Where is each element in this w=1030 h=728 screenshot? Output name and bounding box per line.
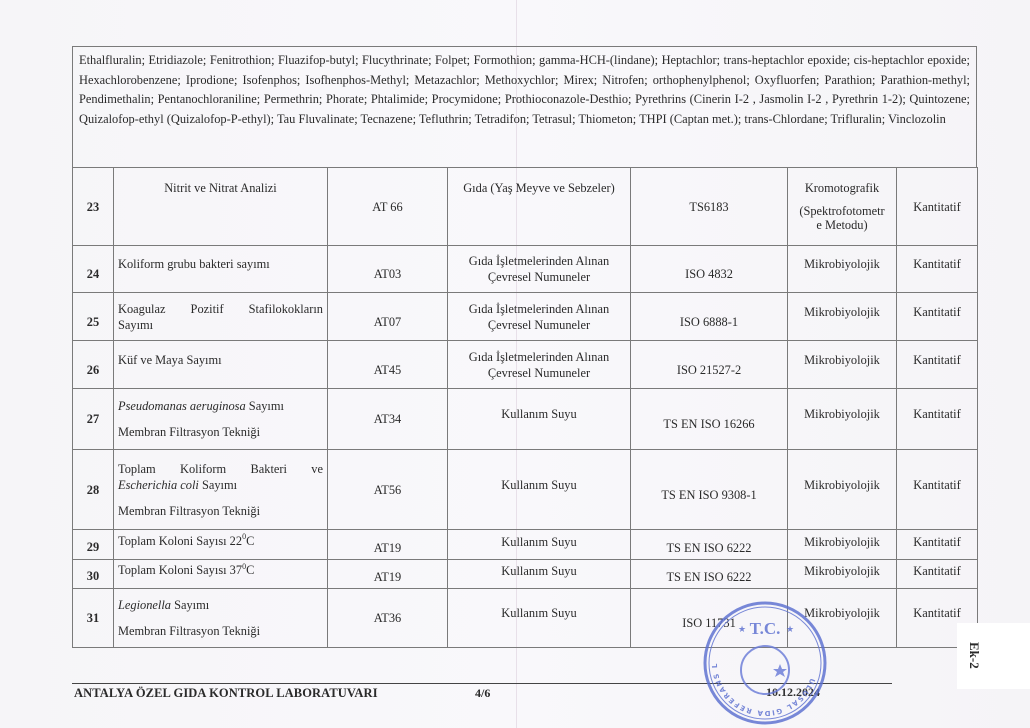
- standard-method: TS EN ISO 6222: [631, 560, 788, 589]
- annex-label: Ek-2: [966, 642, 982, 669]
- test-name-line: Legionella Sayımı: [118, 597, 323, 613]
- organism-name: Pseudomanas aeruginosa: [118, 399, 246, 413]
- analysis-scope-table: 23 Nitrit ve Nitrat Analizi AT 66 Gıda (…: [72, 167, 978, 648]
- row-number: 27: [73, 389, 114, 450]
- method-code: AT36: [328, 589, 448, 648]
- table-row-25: 25 Koagulaz Pozitif Stafilokokların Sayı…: [73, 293, 978, 341]
- method-code: AT45: [328, 341, 448, 389]
- svg-text:T.C.: T.C.: [750, 619, 781, 638]
- table-row-27: 27 Pseudomanas aeruginosa Sayımı Membran…: [73, 389, 978, 450]
- svg-text:★: ★: [738, 624, 746, 634]
- row-number: 30: [73, 560, 114, 589]
- organism-name: Legionella: [118, 598, 171, 612]
- sample-matrix: Gıda İşletmelerinden Alınan Çevresel Num…: [448, 293, 631, 341]
- row-number: 25: [73, 293, 114, 341]
- standard-method: ISO 21527-2: [631, 341, 788, 389]
- standard-method: TS EN ISO 6222: [631, 530, 788, 560]
- test-name-line: Toplam Koliform Bakteri ve: [118, 461, 323, 477]
- continued-parameters-cell: Ethalfluralin; Etridiazole; Fenitrothion…: [72, 46, 977, 167]
- method-code: AT 66: [328, 168, 448, 246]
- test-name: Toplam Koloni Sayısı 220C: [114, 530, 328, 560]
- technique: Kromotografik (Spektrofotometr e Metodu): [788, 168, 897, 246]
- table-row-28: 28 Toplam Koliform Bakteri ve Escherichi…: [73, 450, 978, 530]
- row-number: 23: [73, 168, 114, 246]
- test-technique-line: Membran Filtrasyon Tekniği: [118, 424, 323, 440]
- footer-page-number: 4/6: [475, 686, 490, 701]
- table-row-31: 31 Legionella Sayımı Membran Filtrasyon …: [73, 589, 978, 648]
- document-page: Ethalfluralin; Etridiazole; Fenitrothion…: [0, 0, 1030, 728]
- analysis-type: Kantitatif: [897, 246, 978, 293]
- test-name: Küf ve Maya Sayımı: [114, 341, 328, 389]
- standard-method: TS6183: [631, 168, 788, 246]
- test-technique-line: Membran Filtrasyon Tekniği: [118, 503, 323, 519]
- method-code: AT56: [328, 450, 448, 530]
- test-name: Koliform grubu bakteri sayımı: [114, 246, 328, 293]
- method-code: AT07: [328, 293, 448, 341]
- row-number: 31: [73, 589, 114, 648]
- test-name-line: Escherichia coli Sayımı: [118, 477, 323, 493]
- table-row-23: 23 Nitrit ve Nitrat Analizi AT 66 Gıda (…: [73, 168, 978, 246]
- analysis-type: Kantitatif: [897, 168, 978, 246]
- sample-matrix: Kullanım Suyu: [448, 589, 631, 648]
- official-seal-stamp-icon: T.C. ★ ★ ULUSAL GIDA REFERANS LAB.: [700, 598, 830, 728]
- standard-method: TS EN ISO 16266: [631, 389, 788, 450]
- table-row-29: 29 Toplam Koloni Sayısı 220C AT19 Kullan…: [73, 530, 978, 560]
- row-number: 28: [73, 450, 114, 530]
- row-number: 24: [73, 246, 114, 293]
- sample-matrix: Kullanım Suyu: [448, 450, 631, 530]
- standard-method: TS EN ISO 9308-1: [631, 450, 788, 530]
- technique: Mikrobiyolojik: [788, 530, 897, 560]
- footer-lab-name: ANTALYA ÖZEL GIDA KONTROL LABORATUVARI: [74, 686, 378, 701]
- organism-name: Escherichia coli: [118, 478, 199, 492]
- row-number: 26: [73, 341, 114, 389]
- analysis-type: Kantitatif: [897, 389, 978, 450]
- technique: Mikrobiyolojik: [788, 341, 897, 389]
- test-name-line: Pseudomanas aeruginosa Sayımı: [118, 398, 323, 414]
- analysis-type: Kantitatif: [897, 293, 978, 341]
- table-row-30: 30 Toplam Koloni Sayısı 370C AT19 Kullan…: [73, 560, 978, 589]
- test-technique-line: Membran Filtrasyon Tekniği: [118, 623, 323, 639]
- analysis-type: Kantitatif: [897, 450, 978, 530]
- test-name: Pseudomanas aeruginosa Sayımı Membran Fi…: [114, 389, 328, 450]
- technique: Mikrobiyolojik: [788, 450, 897, 530]
- technique: Mikrobiyolojik: [788, 389, 897, 450]
- method-code: AT19: [328, 560, 448, 589]
- table-row-24: 24 Koliform grubu bakteri sayımı AT03 Gı…: [73, 246, 978, 293]
- sample-matrix: Kullanım Suyu: [448, 560, 631, 589]
- sample-matrix: Gıda İşletmelerinden Alınan Çevresel Num…: [448, 341, 631, 389]
- method-code: AT19: [328, 530, 448, 560]
- method-code: AT34: [328, 389, 448, 450]
- technique-line: e Metodu): [792, 218, 892, 232]
- method-code: AT03: [328, 246, 448, 293]
- standard-method: ISO 6888-1: [631, 293, 788, 341]
- test-name: Toplam Koloni Sayısı 370C: [114, 560, 328, 589]
- test-name: Legionella Sayımı Membran Filtrasyon Tek…: [114, 589, 328, 648]
- test-name: Nitrit ve Nitrat Analizi: [114, 168, 328, 246]
- continued-parameters-text: Ethalfluralin; Etridiazole; Fenitrothion…: [79, 53, 970, 126]
- sample-matrix: Gıda İşletmelerinden Alınan Çevresel Num…: [448, 246, 631, 293]
- analysis-type: Kantitatif: [897, 560, 978, 589]
- technique: Mikrobiyolojik: [788, 293, 897, 341]
- test-name: Koagulaz Pozitif Stafilokokların Sayımı: [114, 293, 328, 341]
- technique: Mikrobiyolojik: [788, 560, 897, 589]
- sample-matrix: Kullanım Suyu: [448, 389, 631, 450]
- test-name-line: Nitrit ve Nitrat Analizi: [164, 181, 277, 195]
- sample-matrix: Gıda (Yaş Meyve ve Sebzeler): [448, 168, 631, 246]
- row-number: 29: [73, 530, 114, 560]
- technique-line: Kromotografik: [792, 181, 892, 195]
- svg-text:★: ★: [786, 624, 794, 634]
- sample-matrix: Kullanım Suyu: [448, 530, 631, 560]
- test-name: Toplam Koliform Bakteri ve Escherichia c…: [114, 450, 328, 530]
- standard-method: ISO 4832: [631, 246, 788, 293]
- technique: Mikrobiyolojik: [788, 246, 897, 293]
- technique-line: (Spektrofotometr: [792, 204, 892, 218]
- table-row-26: 26 Küf ve Maya Sayımı AT45 Gıda İşletmel…: [73, 341, 978, 389]
- analysis-type: Kantitatif: [897, 341, 978, 389]
- analysis-type: Kantitatif: [897, 530, 978, 560]
